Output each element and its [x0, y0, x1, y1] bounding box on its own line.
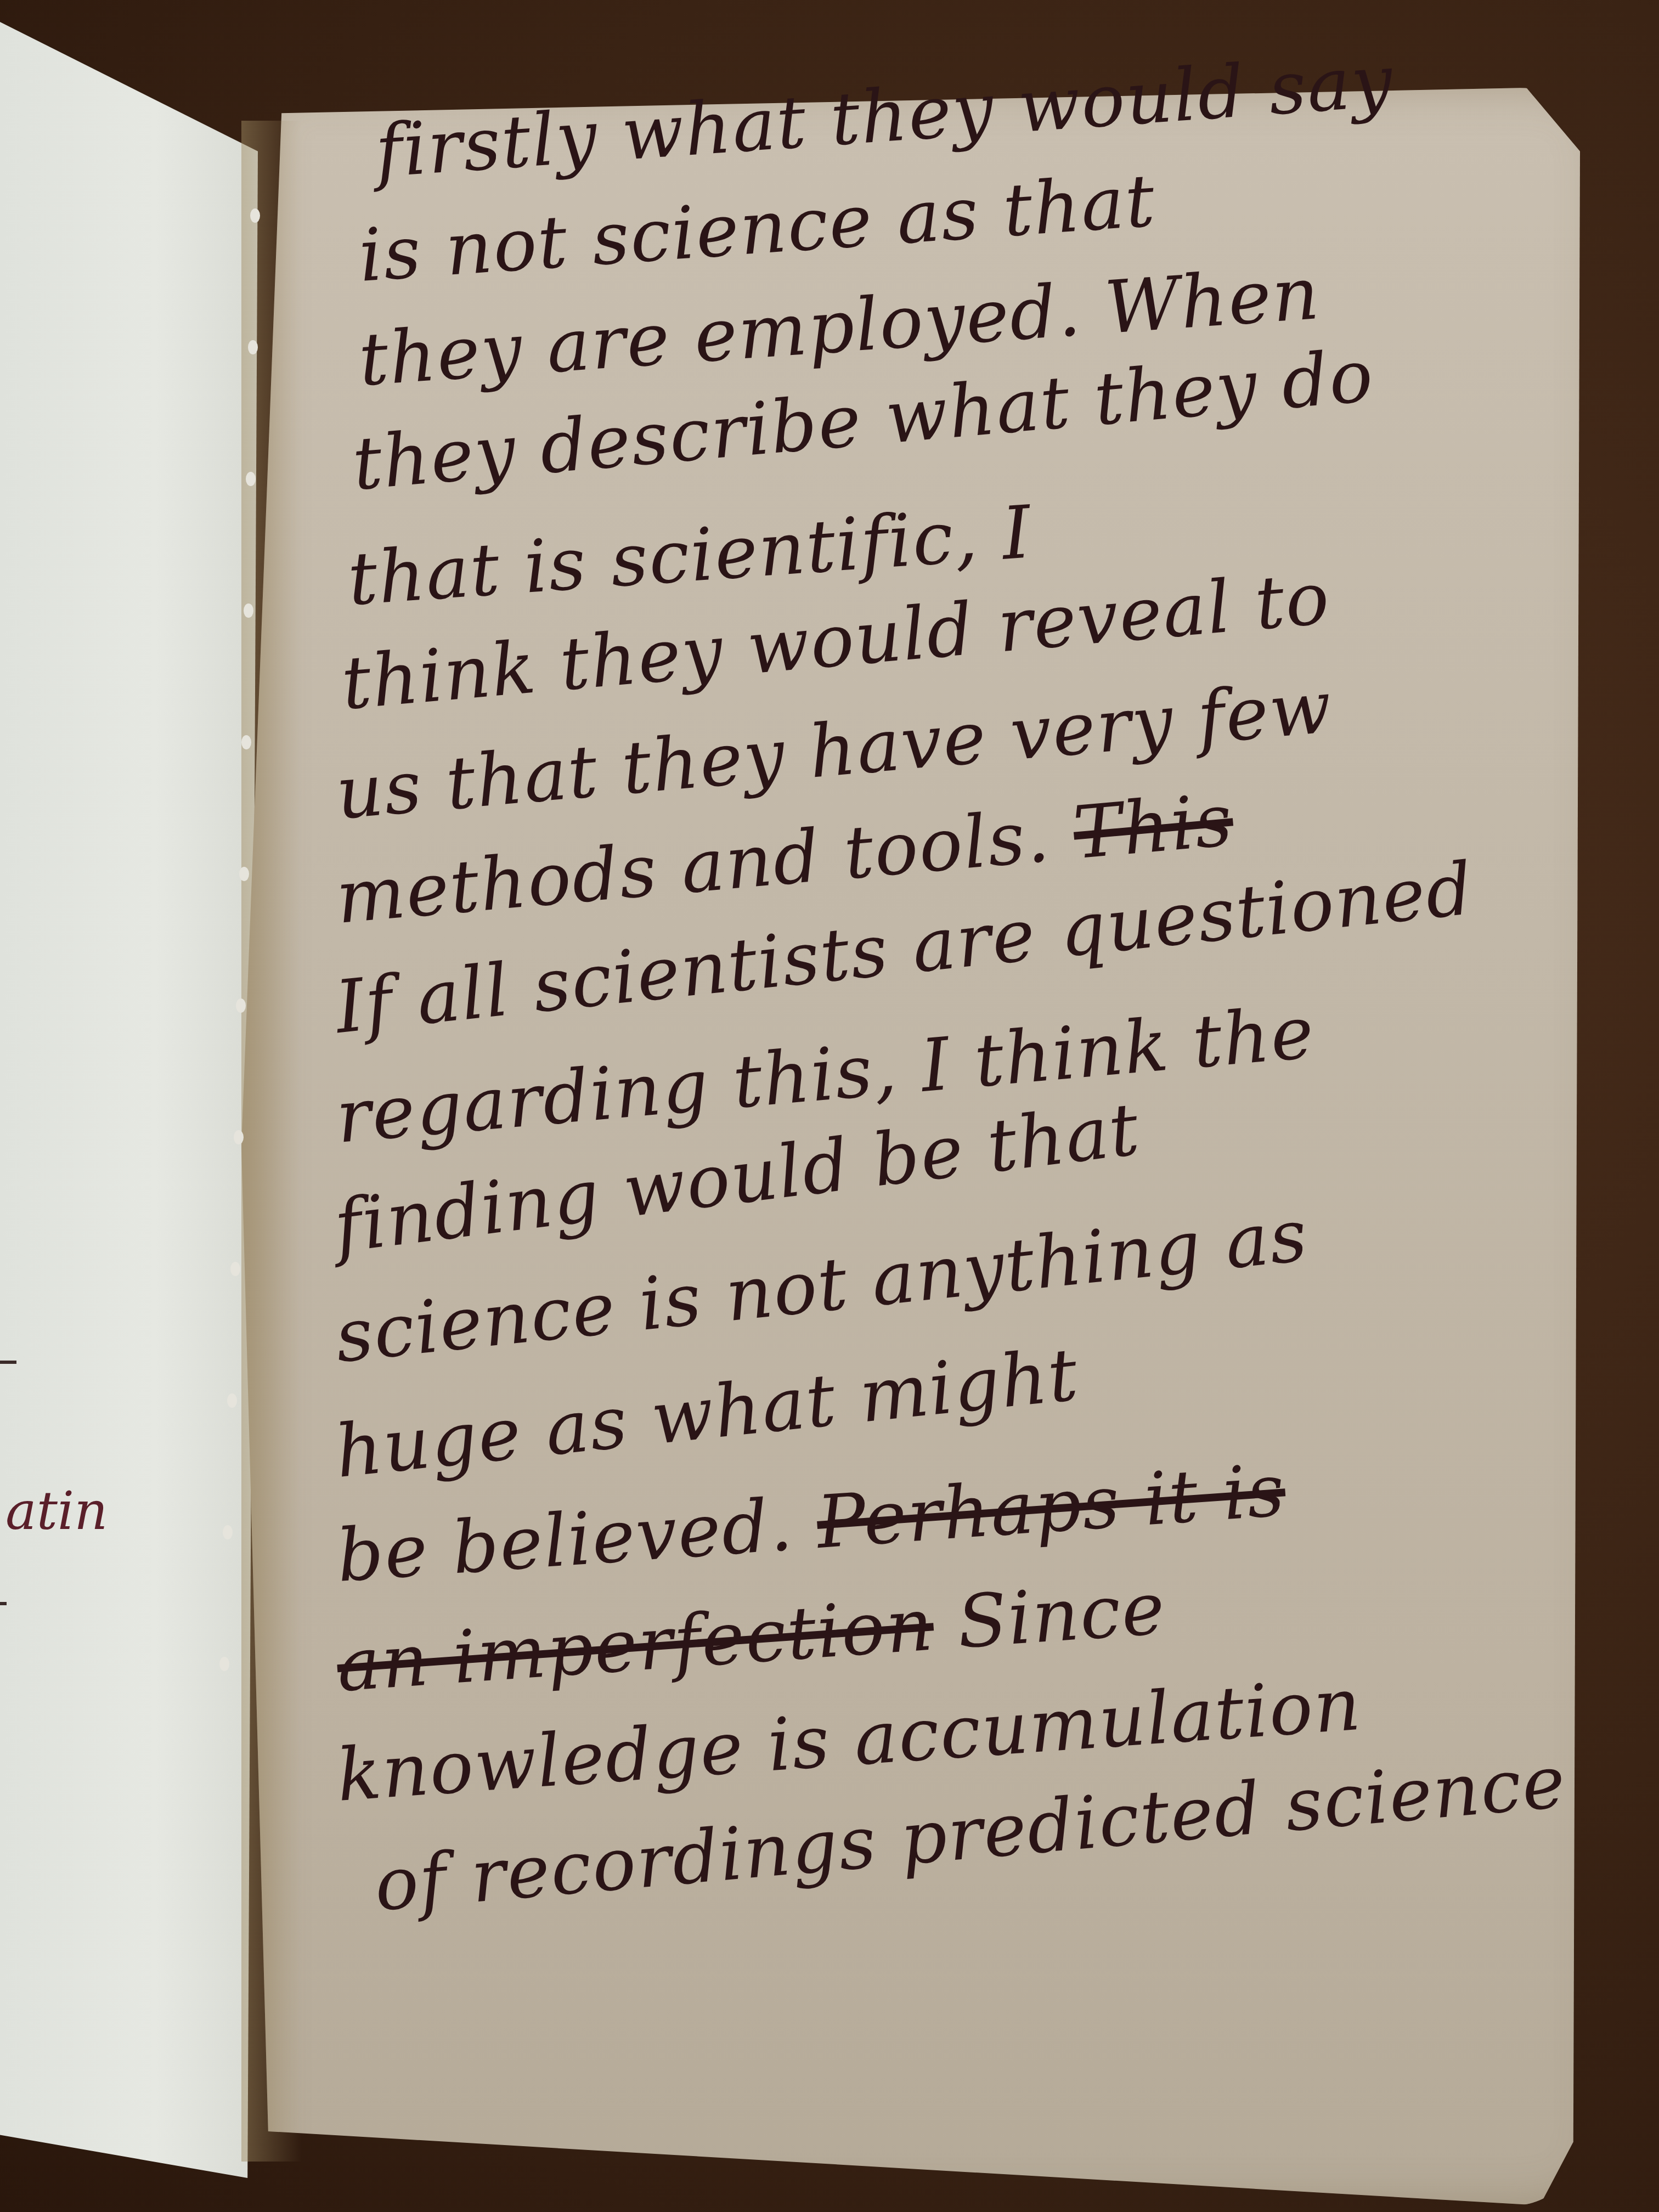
perforation: [248, 340, 258, 354]
perforation: [244, 603, 253, 618]
perforation: [223, 1525, 233, 1539]
perforation: [234, 1130, 244, 1144]
left-notebook-page: atin: [0, 22, 258, 2178]
perforation: [236, 998, 246, 1013]
perforation: [239, 867, 249, 881]
perforation: [219, 1657, 229, 1671]
perforation: [230, 1262, 240, 1276]
perforation: [241, 735, 251, 749]
page-gutter: [241, 121, 302, 2162]
ink-mark: [0, 1361, 16, 1364]
perforation: [246, 472, 256, 486]
ink-mark: [0, 1602, 7, 1605]
left-page-text-fragment: atin: [5, 1481, 108, 1542]
perforation: [250, 208, 260, 223]
crossed-out-word: This: [1070, 778, 1237, 876]
perforation: [227, 1393, 237, 1408]
